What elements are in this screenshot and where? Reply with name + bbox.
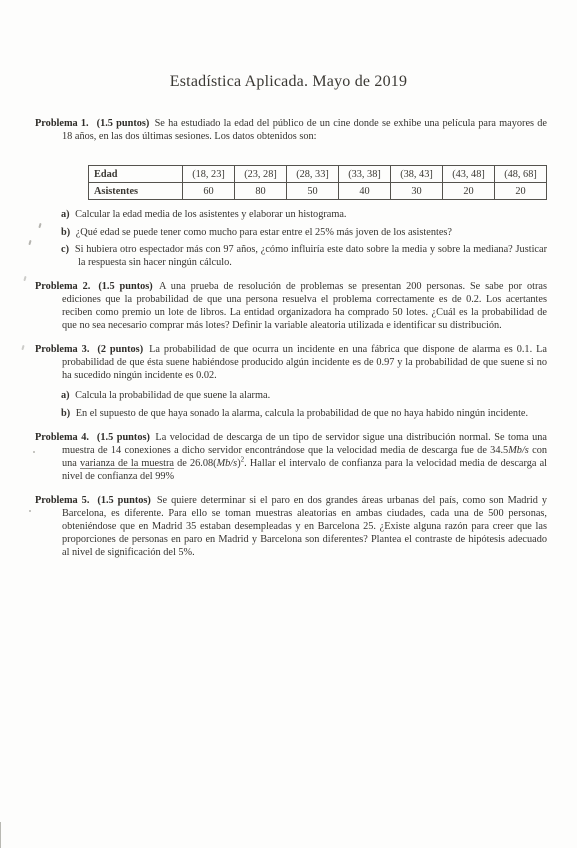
problem-4-points: (1.5 puntos) <box>97 432 150 443</box>
problem-5-paragraph: Problema 5.(1.5 puntos) Se quiere determ… <box>35 494 547 559</box>
item-text: En el supuesto de que haya sonado la ala… <box>76 408 528 419</box>
problem-2: Problema 2.(1.5 puntos) A una prueba de … <box>35 280 547 332</box>
problem-1-item-b: b) ¿Qué edad se puede tener como mucho p… <box>35 226 547 239</box>
problem-3-item-b: b) En el supuesto de que haya sonado la … <box>35 407 547 420</box>
item-text: ¿Qué edad se puede tener como mucho para… <box>76 227 452 238</box>
underlined-phrase: varianza de la muestra <box>80 458 174 469</box>
problem-1-item-a: a) Calcular la edad media de los asisten… <box>35 208 547 221</box>
problem-5-points: (1.5 puntos) <box>97 495 150 506</box>
table-row-edad: Edad (18, 23] (23, 28] (28, 33] (33, 38]… <box>89 166 547 183</box>
table-cell: (18, 23] <box>183 166 235 183</box>
item-label: a) <box>61 390 70 401</box>
table-cell: 30 <box>391 183 443 200</box>
problem-3-item-a: a) Calcula la probabilidad de que suene … <box>35 389 547 402</box>
table-header-cell: Asistentes <box>89 183 183 200</box>
pen-mark <box>21 345 24 350</box>
problem-1-item-c: c) Si hubiera otro espectador más con 97… <box>35 243 547 269</box>
problem-2-paragraph: Problema 2.(1.5 puntos) A una prueba de … <box>35 280 547 332</box>
table-cell: 50 <box>287 183 339 200</box>
problem-5-label: Problema 5. <box>35 495 89 506</box>
item-text: Si hubiera otro espectador más con 97 añ… <box>75 244 547 268</box>
problem-1-label: Problema 1. <box>35 118 89 129</box>
problem-2-label: Problema 2. <box>35 281 90 292</box>
table-cell: 20 <box>495 183 547 200</box>
scanned-exam-page: Estadística Aplicada. Mayo de 2019 Probl… <box>0 0 577 848</box>
table-cell: (38, 43] <box>391 166 443 183</box>
item-label: b) <box>61 408 70 419</box>
table-cell: 20 <box>443 183 495 200</box>
math-unit: Mb/s <box>508 445 529 456</box>
table-cell: 80 <box>235 183 287 200</box>
item-text: Calcular la edad media de los asistentes… <box>75 209 346 220</box>
problem-3-paragraph: Problema 3.(2 puntos) La probabilidad de… <box>35 343 547 382</box>
problem-1-items: a) Calcular la edad media de los asisten… <box>35 208 547 269</box>
problem-5: Problema 5.(1.5 puntos) Se quiere determ… <box>35 494 547 559</box>
problem-1-points: (1.5 puntos) <box>97 118 150 129</box>
page-title: Estadística Aplicada. Mayo de 2019 <box>0 0 577 91</box>
pen-mark <box>28 240 31 245</box>
item-label: c) <box>61 244 69 255</box>
item-label: b) <box>61 227 70 238</box>
table-cell: 60 <box>183 183 235 200</box>
problem-3: Problema 3.(2 puntos) La probabilidad de… <box>35 343 547 420</box>
table-cell: (48, 68] <box>495 166 547 183</box>
exam-content: Problema 1.(1.5 puntos) Se ha estudiado … <box>35 117 547 559</box>
pen-mark <box>23 276 26 281</box>
problem-4-paragraph: Problema 4.(1.5 puntos) La velocidad de … <box>35 431 547 483</box>
scan-edge-artifact <box>0 822 1 848</box>
item-label: a) <box>61 209 70 220</box>
problem-3-items: a) Calcula la probabilidad de que suene … <box>35 389 547 420</box>
table-cell: (43, 48] <box>443 166 495 183</box>
problem-4-text: de 26.08( <box>174 458 217 469</box>
math-unit: Mb/s <box>217 458 238 469</box>
table-row-asistentes: Asistentes 60 80 50 40 30 20 20 <box>89 183 547 200</box>
problem-4: Problema 4.(1.5 puntos) La velocidad de … <box>35 431 547 483</box>
pen-mark <box>29 510 31 512</box>
item-text: Calcula la probabilidad de que suene la … <box>75 390 270 401</box>
problem-4-label: Problema 4. <box>35 432 89 443</box>
problem-2-points: (1.5 puntos) <box>98 281 152 292</box>
problem-3-points: (2 puntos) <box>97 344 143 355</box>
table-cell: (33, 38] <box>339 166 391 183</box>
table-cell: 40 <box>339 183 391 200</box>
table-cell: (28, 33] <box>287 166 339 183</box>
problem-1: Problema 1.(1.5 puntos) Se ha estudiado … <box>35 117 547 269</box>
table-header-cell: Edad <box>89 166 183 183</box>
age-attendance-table: Edad (18, 23] (23, 28] (28, 33] (33, 38]… <box>88 165 547 200</box>
problem-1-paragraph: Problema 1.(1.5 puntos) Se ha estudiado … <box>35 117 547 143</box>
table-cell: (23, 28] <box>235 166 287 183</box>
problem-3-label: Problema 3. <box>35 344 89 355</box>
